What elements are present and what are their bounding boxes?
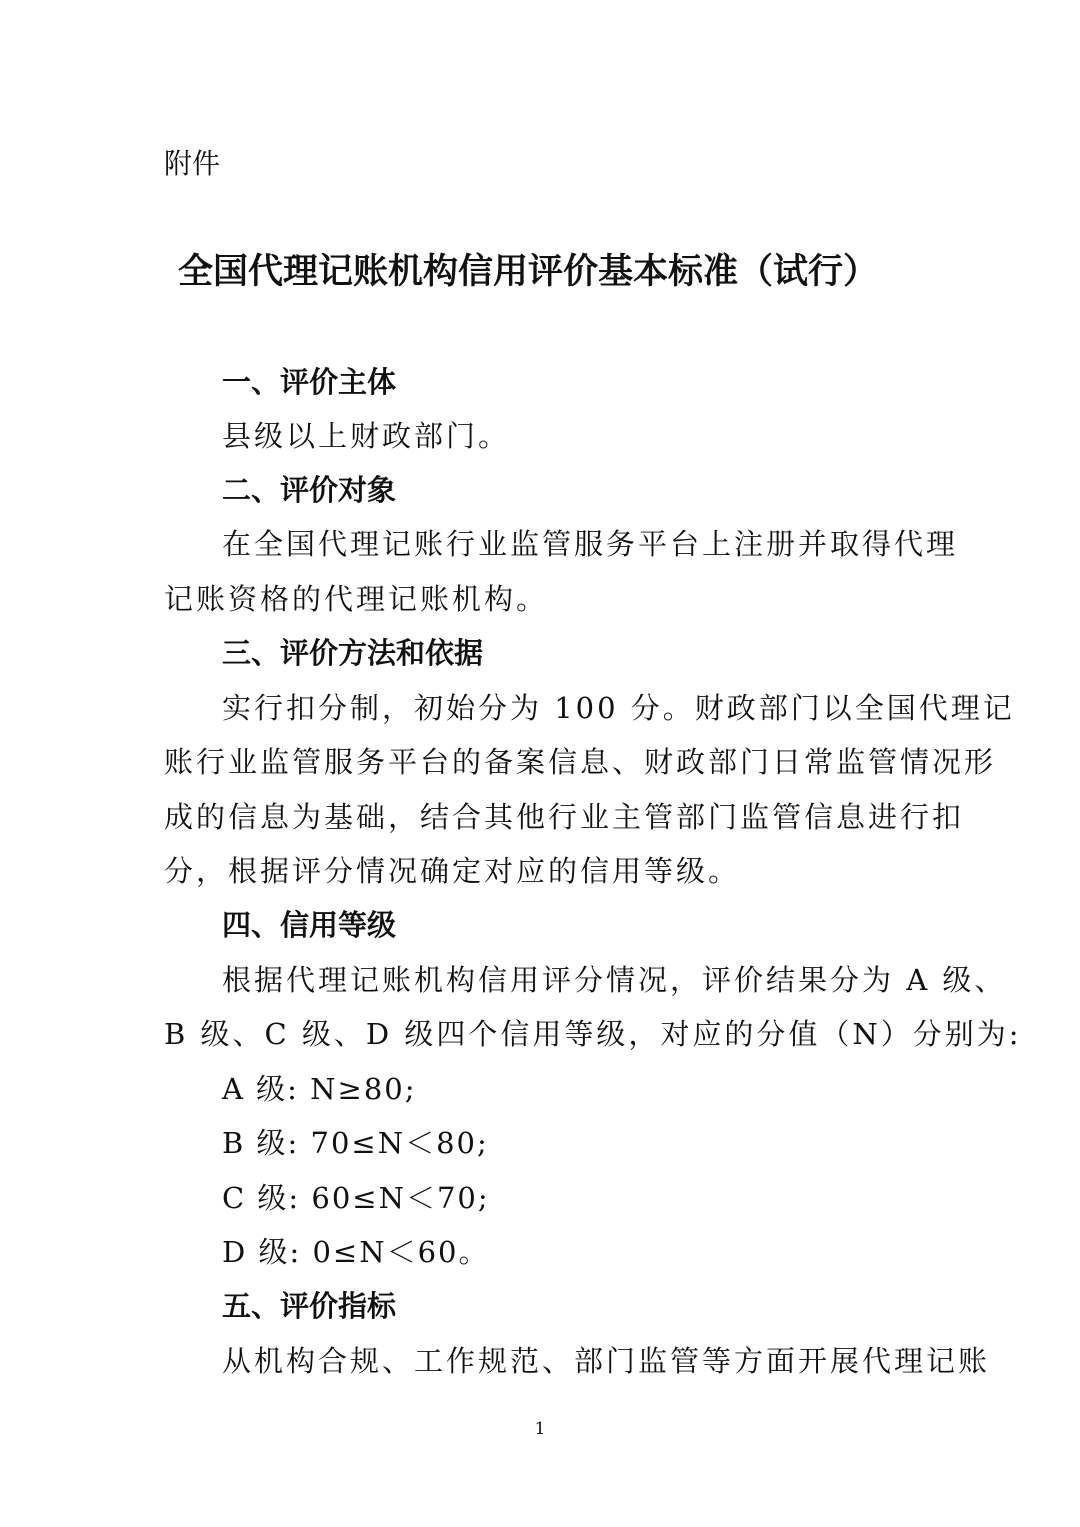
grade-a-line: A 级: N≥80; [222,1069,417,1109]
attachment-label: 附件 [164,144,220,184]
section-heading-1: 一、评价主体 [222,362,396,402]
grade-d-line: D 级: 0≤N＜60。 [222,1232,489,1272]
page-number: 1 [0,1417,1080,1441]
paragraph-line: 记账资格的代理记账机构。 [164,579,916,619]
paragraph-line: 分，根据评分情况确定对应的信用等级。 [164,851,916,891]
grade-c-line: C 级: 60≤N＜70; [222,1178,490,1218]
paragraph-line: 账行业监管服务平台的备案信息、财政部门日常监管情况形 [164,742,916,782]
paragraph-line: 在全国代理记账行业监管服务平台上注册并取得代理 [222,524,916,564]
paragraph-line: 实行扣分制，初始分为 100 分。财政部门以全国代理记 [222,688,916,728]
document-title: 全国代理记账机构信用评价基本标准（试行） [178,252,878,292]
paragraph-line: B 级、C 级、D 级四个信用等级，对应的分值（N）分别为: [164,1014,916,1054]
grade-b-line: B 级: 70≤N＜80; [222,1123,489,1163]
paragraph-line: 县级以上财政部门。 [222,416,916,456]
paragraph-line: 成的信息为基础，结合其他行业主管部门监管信息进行扣 [164,797,916,837]
paragraph-line: 从机构合规、工作规范、部门监管等方面开展代理记账 [222,1341,916,1381]
section-heading-4: 四、信用等级 [222,905,396,945]
section-heading-5: 五、评价指标 [222,1286,396,1326]
paragraph-line: 根据代理记账机构信用评分情况，评价结果分为 A 级、 [222,960,916,1000]
section-heading-3: 三、评价方法和依据 [222,633,483,673]
section-heading-2: 二、评价对象 [222,470,396,510]
